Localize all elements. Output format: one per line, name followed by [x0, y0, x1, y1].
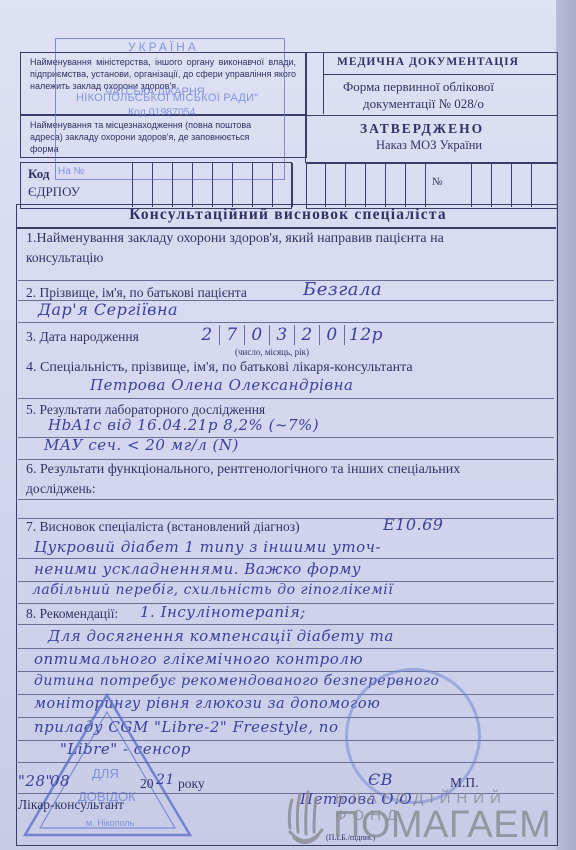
consultant-name[interactable]: Петрова Олена Олександрівна — [90, 376, 353, 394]
diagnosis-line-1[interactable]: Цукровий діабет 1 типу з іншими уточ- — [34, 538, 381, 556]
number-cells-left — [306, 163, 426, 207]
medical-documentation-title: МЕДИЧНА ДОКУМЕНТАЦІЯ — [337, 56, 519, 68]
watermark-brand-name: ПОМАГАЕМ — [333, 804, 551, 847]
field-8-label: 8. Рекомендації: — [26, 606, 118, 622]
rule — [18, 398, 554, 399]
diagnosis-line-3[interactable]: лабільний перебіг, схильність до гіпоглі… — [32, 582, 393, 598]
patient-name[interactable]: Дар'я Сергіївна — [38, 300, 178, 319]
title-divider — [16, 227, 556, 229]
birth-date-digit: 7 — [220, 325, 245, 345]
patient-surname[interactable]: Безгала — [303, 279, 382, 300]
footer-year[interactable]: 21 — [156, 772, 175, 788]
code-label: Код — [28, 166, 49, 182]
birth-date-digit: 12р — [345, 325, 389, 345]
birth-date-digit: 0 — [320, 325, 345, 345]
form-line-2: документації № 028/о — [363, 96, 484, 112]
hand-logo-icon — [282, 788, 330, 848]
page-edge — [556, 0, 576, 850]
field-3-label: 3. Дата народження — [26, 329, 139, 345]
field-7-label: 7. Висновок спеціаліста (встановлений ді… — [26, 519, 300, 535]
approved-label: ЗАТВЕРДЖЕНО — [360, 121, 484, 137]
doctor-consultant-label: Лікар-консультант — [18, 797, 124, 813]
rule — [18, 648, 554, 649]
footer-date-day[interactable]: "28" — [18, 772, 53, 790]
form-line-1: Форма первинної облікової — [343, 79, 494, 95]
footer-date-month[interactable]: 08 — [50, 772, 70, 790]
triangle-stamp-text-3: м. Нікополь — [86, 818, 134, 828]
stamp-line-na: На № — [58, 166, 84, 177]
recommendation-line-0[interactable]: 1. Інсулінотерапія; — [140, 603, 306, 621]
rule — [18, 558, 554, 559]
field-1-label: 1.Найменування закладу охорони здоров'я,… — [26, 231, 444, 247]
field-1-label-2: консультацію — [26, 250, 103, 266]
edrpou-label: ЄДРПОУ — [28, 184, 80, 200]
birth-date-digit: 2 — [295, 325, 320, 345]
footer-year-suffix: року — [178, 776, 205, 792]
lab-result-2[interactable]: МАУ сеч. < 20 мг/л (N) — [44, 436, 239, 454]
footer-year-prefix: 20 — [140, 776, 154, 792]
birth-date-digit: 2 — [195, 325, 220, 345]
birth-date[interactable]: 2 7 0 3 2 0 12р — [195, 325, 389, 345]
header-divider — [323, 74, 556, 75]
recommendation-line-2[interactable]: оптимального глікемічного контролю — [34, 650, 363, 668]
seal-place-label: М.П. — [450, 775, 479, 791]
diagnosis-code[interactable]: E10.69 — [383, 515, 443, 534]
field-2-label: 2. Прізвище, ім'я, по батькові пацієнта — [26, 285, 247, 301]
rule — [18, 322, 554, 323]
birth-date-digit: 3 — [270, 325, 295, 345]
rule — [18, 671, 554, 672]
order-label: Наказ МОЗ України — [376, 138, 482, 153]
rule — [18, 280, 554, 281]
stamp-line-council: НІКОПОЛЬСЬКОЇ МІСЬКОЇ РАДИ" — [76, 92, 259, 104]
rule — [18, 624, 554, 625]
triangle-stamp-text-1: ДЛЯ — [92, 766, 119, 781]
form-title: Консультаційний висновок спеціаліста — [0, 206, 576, 224]
lab-result-1[interactable]: HbA1c від 16.04.21р 8,2% (~7%) — [48, 416, 319, 434]
diagnosis-line-2[interactable]: неними ускладненнями. Важко форму — [34, 560, 361, 578]
rule — [18, 499, 554, 500]
field-6-label: 6. Результати функціонального, рентгенол… — [26, 462, 460, 478]
birth-date-digit: 0 — [245, 325, 270, 345]
rule — [18, 459, 554, 460]
field-6-label-2: досліджень: — [26, 481, 96, 497]
recommendation-line-1[interactable]: Для досягнення компенсації діабету та — [48, 627, 394, 645]
number-cells-right — [452, 163, 532, 207]
number-sign: № — [432, 176, 443, 188]
date-format-hint: (число, місяць, рік) — [235, 347, 309, 357]
field-4-label: 4. Спеціальність, прізвище, ім'я, по бат… — [26, 360, 413, 376]
header-right-inner-col — [305, 52, 324, 114]
stamp-line-ukraine: УКРАЇНА — [128, 40, 199, 54]
stamp-line-code: Код 01987054 — [128, 106, 196, 118]
doctor-signature[interactable]: ЄВ — [368, 770, 393, 789]
form-number: документації № 028/о — [363, 96, 484, 111]
